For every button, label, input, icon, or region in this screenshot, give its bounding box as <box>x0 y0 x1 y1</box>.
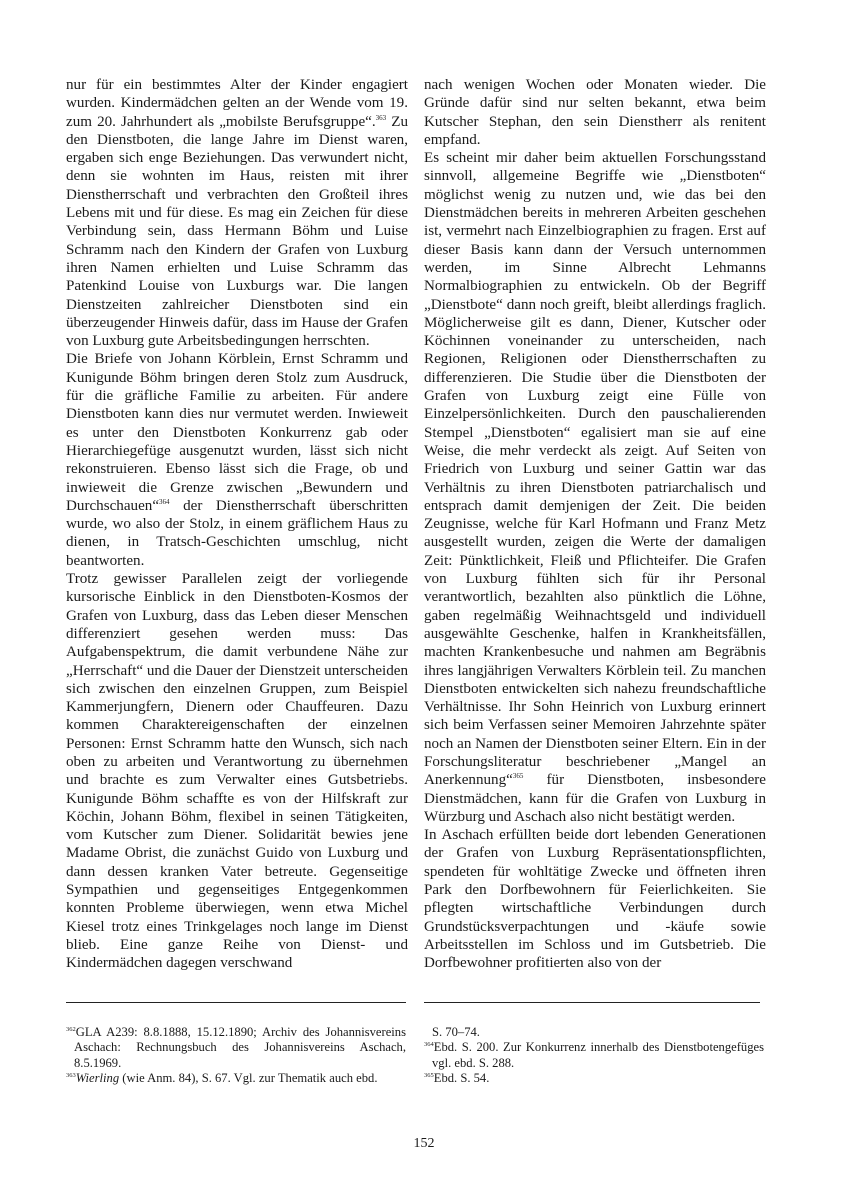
footnote-number: 363 <box>66 1072 76 1079</box>
footnote-text: (wie Anm. 84), S. 67. Vgl. zur Thematik … <box>119 1071 377 1085</box>
paragraph: Die Briefe von Johann Körblein, Ernst Sc… <box>66 350 408 570</box>
footnote-author: Wierling <box>76 1071 119 1085</box>
footnote-ref[interactable]: 363 <box>376 114 387 122</box>
footnote-ref[interactable]: 364 <box>159 498 170 506</box>
paragraph-text: Trotz gewisser Parallelen zeigt der vorl… <box>66 571 408 971</box>
page-number: 152 <box>0 1136 848 1152</box>
footnote: 362GLA A239: 8.8.1888, 15.12.1890; Archi… <box>66 1025 406 1071</box>
footnote-number: 365 <box>424 1072 434 1079</box>
footnote: 365Ebd. S. 54. <box>424 1071 764 1086</box>
footnote-text: GLA A239: 8.8.1888, 15.12.1890; Archiv d… <box>74 1025 406 1070</box>
footnotes-left: 362GLA A239: 8.8.1888, 15.12.1890; Archi… <box>66 1025 406 1086</box>
footnote: 363Wierling (wie Anm. 84), S. 67. Vgl. z… <box>66 1071 406 1086</box>
footnote-text: Ebd. S. 54. <box>434 1071 490 1085</box>
footnote-continuation: S. 70–74. <box>424 1025 764 1040</box>
paragraph-text: nach wenigen Wochen oder Monaten wieder.… <box>424 77 766 148</box>
paragraph: nur für ein bestimmtes Alter der Kinder … <box>66 76 408 350</box>
left-text-column: nur für ein bestimmtes Alter der Kinder … <box>66 76 408 973</box>
paragraph-text: Es scheint mir daher beim aktuellen Fors… <box>424 150 766 788</box>
paragraph: In Aschach erfüllten beide dort lebenden… <box>424 826 766 972</box>
footnotes-right: S. 70–74. 364Ebd. S. 200. Zur Konkurrenz… <box>424 1025 764 1086</box>
right-text-column: nach wenigen Wochen oder Monaten wieder.… <box>424 76 766 973</box>
paragraph-text: Die Briefe von Johann Körblein, Ernst Sc… <box>66 351 408 513</box>
paragraph-text: Zu den Dienstboten, die lange Jahre im D… <box>66 114 408 350</box>
footnote-text: Ebd. S. 200. Zur Konkurrenz innerhalb de… <box>432 1040 764 1069</box>
footnote-divider <box>424 1002 760 1003</box>
footnote-number: 364 <box>424 1041 434 1048</box>
footnote-number: 362 <box>66 1026 76 1033</box>
footnote-text: S. 70–74. <box>432 1025 480 1039</box>
footnote-ref[interactable]: 365 <box>513 772 524 780</box>
footnote: 364Ebd. S. 200. Zur Konkurrenz innerhalb… <box>424 1040 764 1071</box>
paragraph: Trotz gewisser Parallelen zeigt der vorl… <box>66 570 408 973</box>
footnote-divider <box>66 1002 406 1003</box>
paragraph-text: In Aschach erfüllten beide dort lebenden… <box>424 827 766 971</box>
paragraph: Es scheint mir daher beim aktuellen Fors… <box>424 149 766 826</box>
paragraph-text: nur für ein bestimmtes Alter der Kinder … <box>66 77 408 130</box>
paragraph: nach wenigen Wochen oder Monaten wieder.… <box>424 76 766 149</box>
